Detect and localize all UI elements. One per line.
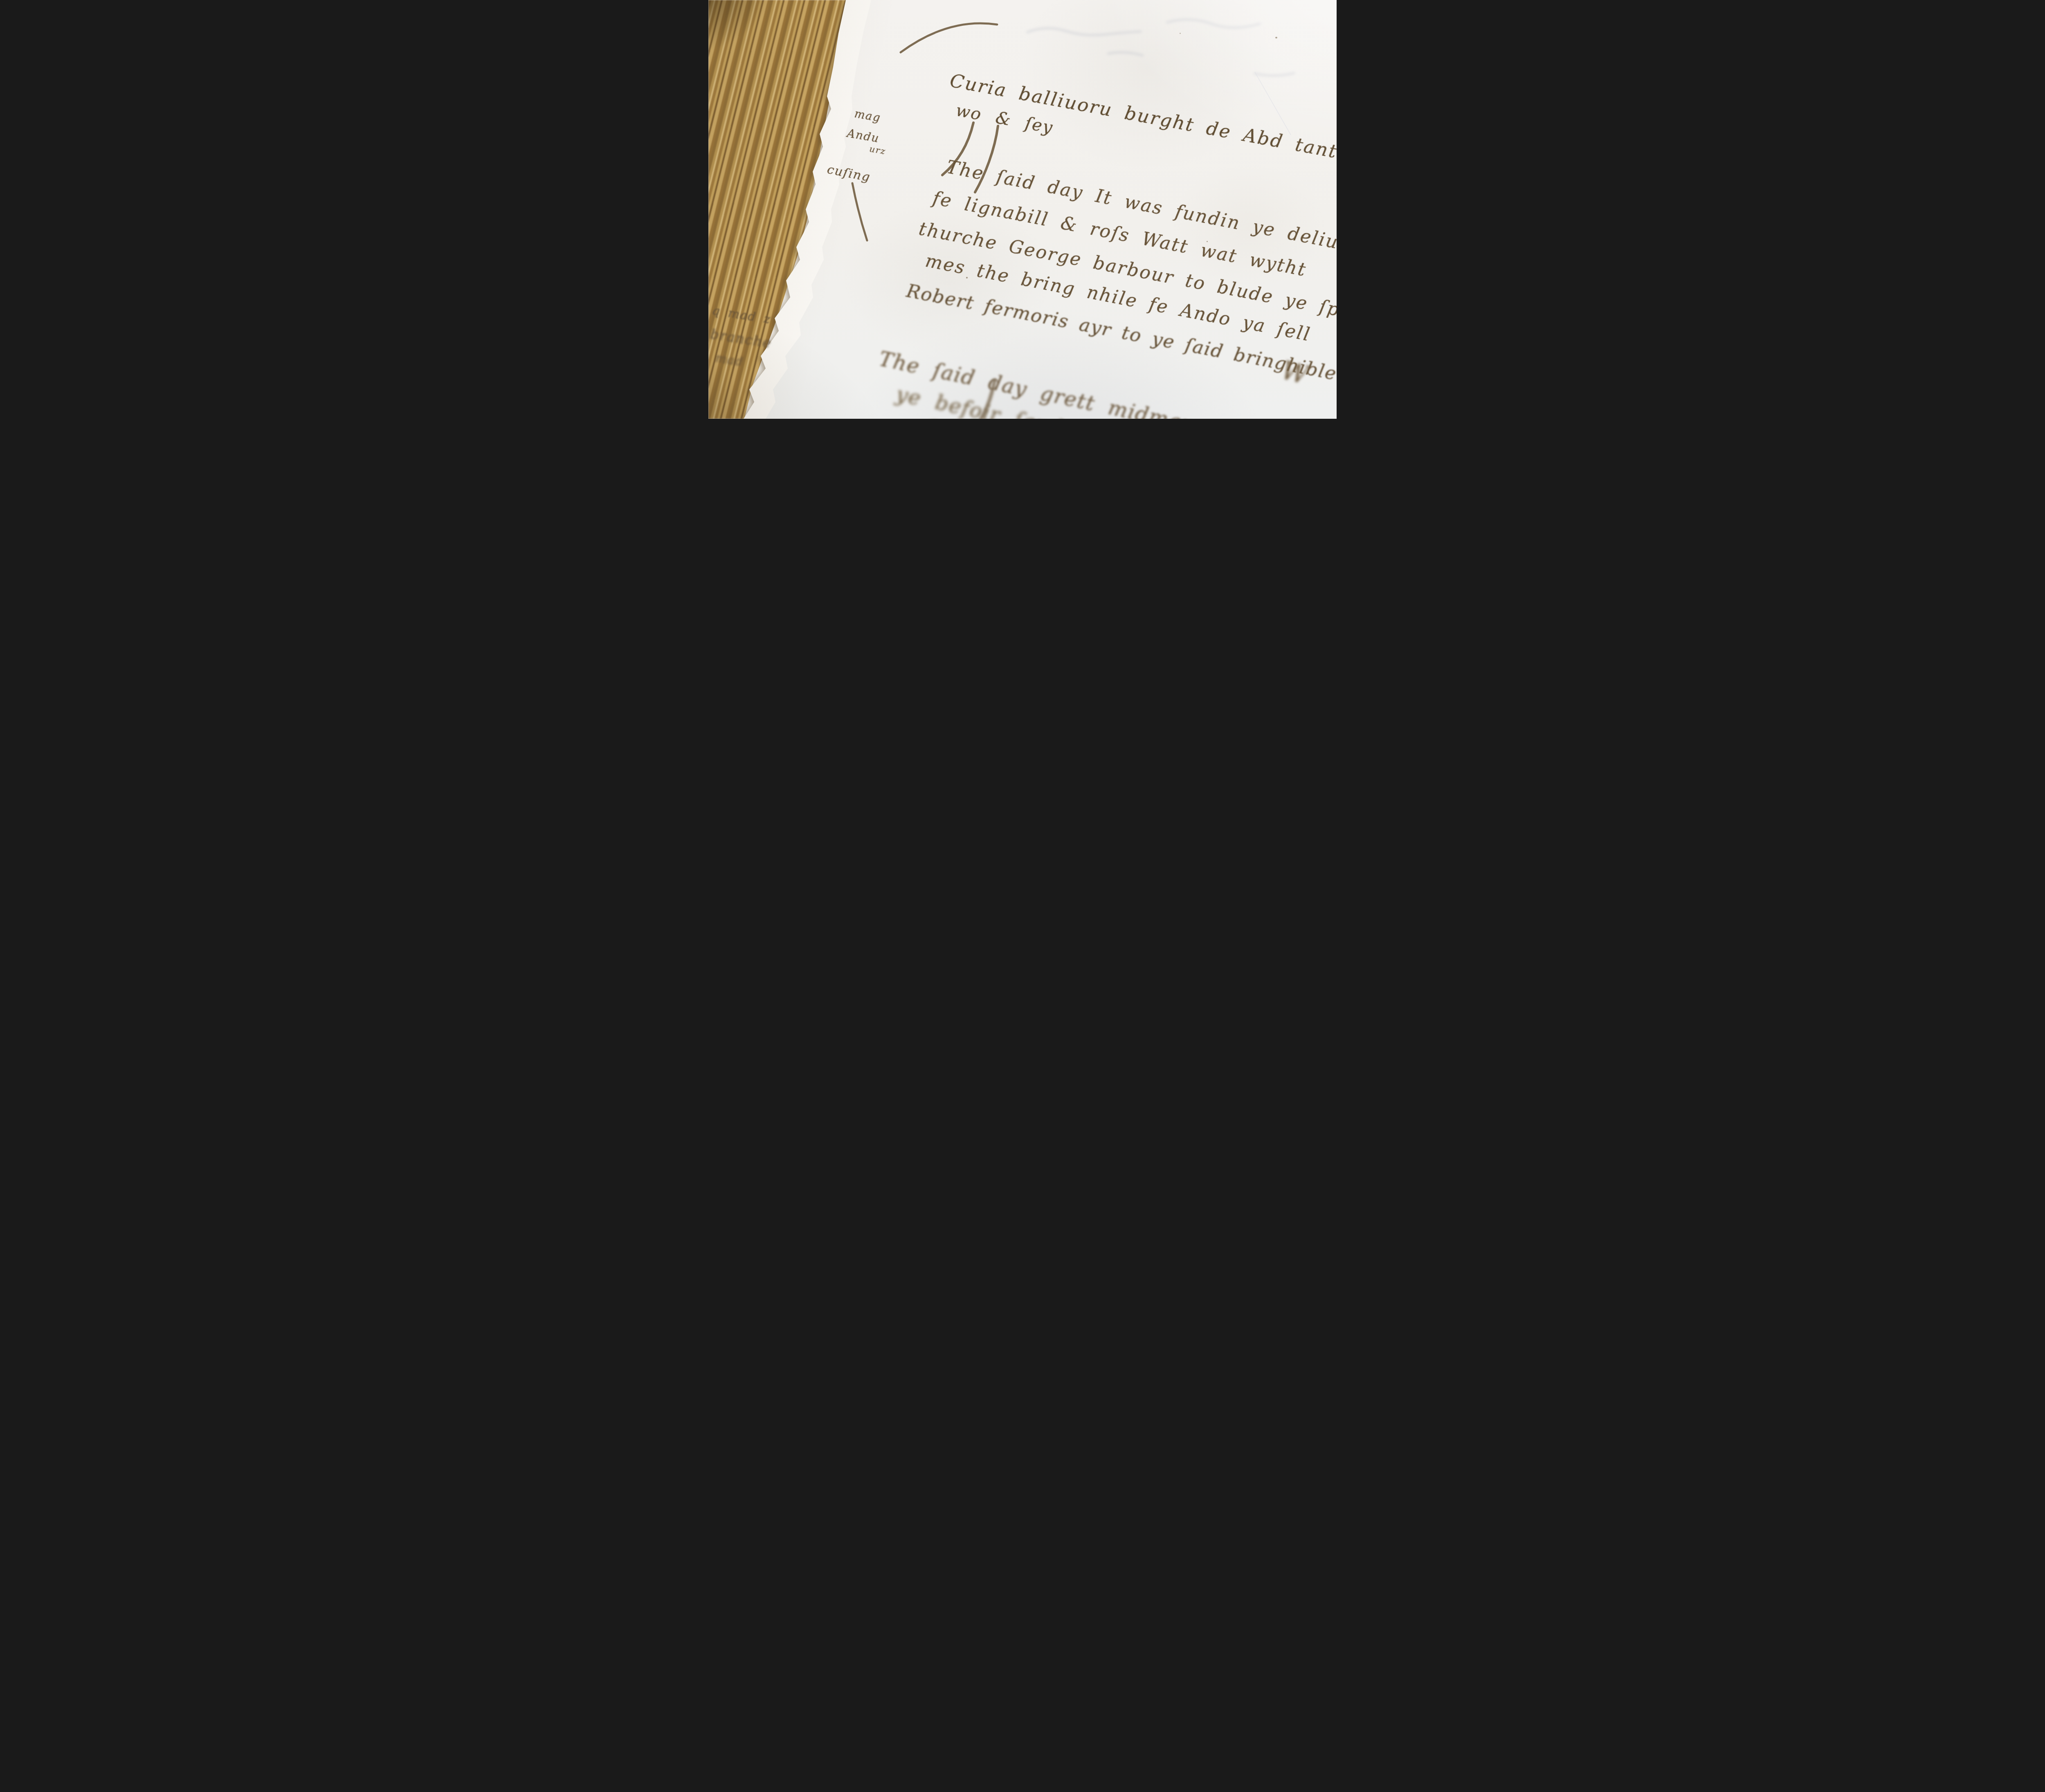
ink-speck — [1275, 37, 1277, 38]
ink-speck — [966, 277, 968, 278]
manuscript-photo: Curia balliuoru burght de Abd tante wo &… — [708, 0, 1337, 419]
ink-speck — [1180, 33, 1181, 34]
ink-speck — [1207, 241, 1208, 242]
